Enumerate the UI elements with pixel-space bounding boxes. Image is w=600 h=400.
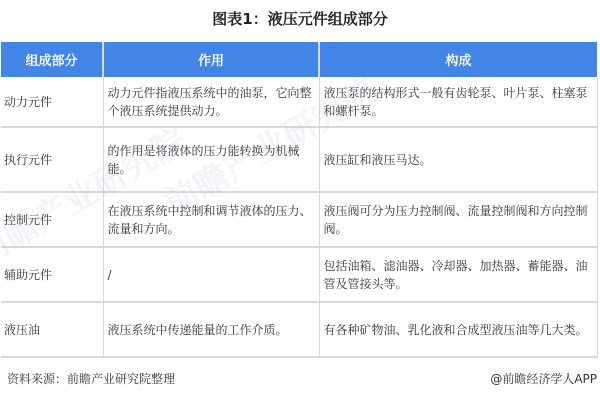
cell-composition: 液压缸和液压马达。 (319, 127, 597, 192)
cell-function: 液压系统中传递能量的工作介质。 (103, 302, 319, 357)
cell-composition: 液压泵的结构形式一般有齿轮泵、叶片泵、柱塞泵和螺杆泵。 (319, 77, 597, 127)
cell-part: 液压油 (1, 302, 103, 357)
components-table: 组成部分 作用 构成 动力元件 动力元件指液压系统中的油泵，它向整个液压系统提供… (1, 42, 598, 358)
cell-function: 动力元件指液压系统中的油泵，它向整个液压系统提供动力。 (103, 77, 319, 127)
cell-part: 执行元件 (1, 127, 103, 192)
cell-part: 控制元件 (1, 192, 103, 247)
header-function: 作用 (103, 42, 319, 77)
credit-note: @前瞻经济学人APP (490, 370, 597, 387)
header-part: 组成部分 (1, 42, 103, 77)
source-note: 资料来源：前瞻产业研究院整理 (7, 370, 175, 387)
cell-function: 的作用是将液体的压力能转换为机械能。 (103, 127, 319, 192)
cell-composition: 有各种矿物油、乳化液和合成型液压油等几大类。 (319, 302, 597, 357)
cell-composition: 液压阀可分为压力控制阀、流量控制阀和方向控制阀。 (319, 192, 597, 247)
cell-part: 动力元件 (1, 77, 103, 127)
table-row: 执行元件 的作用是将液体的压力能转换为机械能。 液压缸和液压马达。 (1, 127, 597, 192)
table-row: 辅助元件 / 包括油箱、滤油器、冷却器、加热器、蓄能器、油管及管接头等。 (1, 247, 597, 302)
cell-part: 辅助元件 (1, 247, 103, 302)
page-title: 图表1：液压元件组成部分 (0, 8, 600, 29)
cell-composition: 包括油箱、滤油器、冷却器、加热器、蓄能器、油管及管接头等。 (319, 247, 597, 302)
header-composition: 构成 (319, 42, 597, 77)
cell-function: 在液压系统中控制和调节液体的压力、流量和方向。 (103, 192, 319, 247)
cell-function: / (103, 247, 319, 302)
table-row: 液压油 液压系统中传递能量的工作介质。 有各种矿物油、乳化液和合成型液压油等几大… (1, 302, 597, 357)
table-header-row: 组成部分 作用 构成 (1, 42, 597, 77)
table-row: 动力元件 动力元件指液压系统中的油泵，它向整个液压系统提供动力。 液压泵的结构形… (1, 77, 597, 127)
table-row: 控制元件 在液压系统中控制和调节液体的压力、流量和方向。 液压阀可分为压力控制阀… (1, 192, 597, 247)
